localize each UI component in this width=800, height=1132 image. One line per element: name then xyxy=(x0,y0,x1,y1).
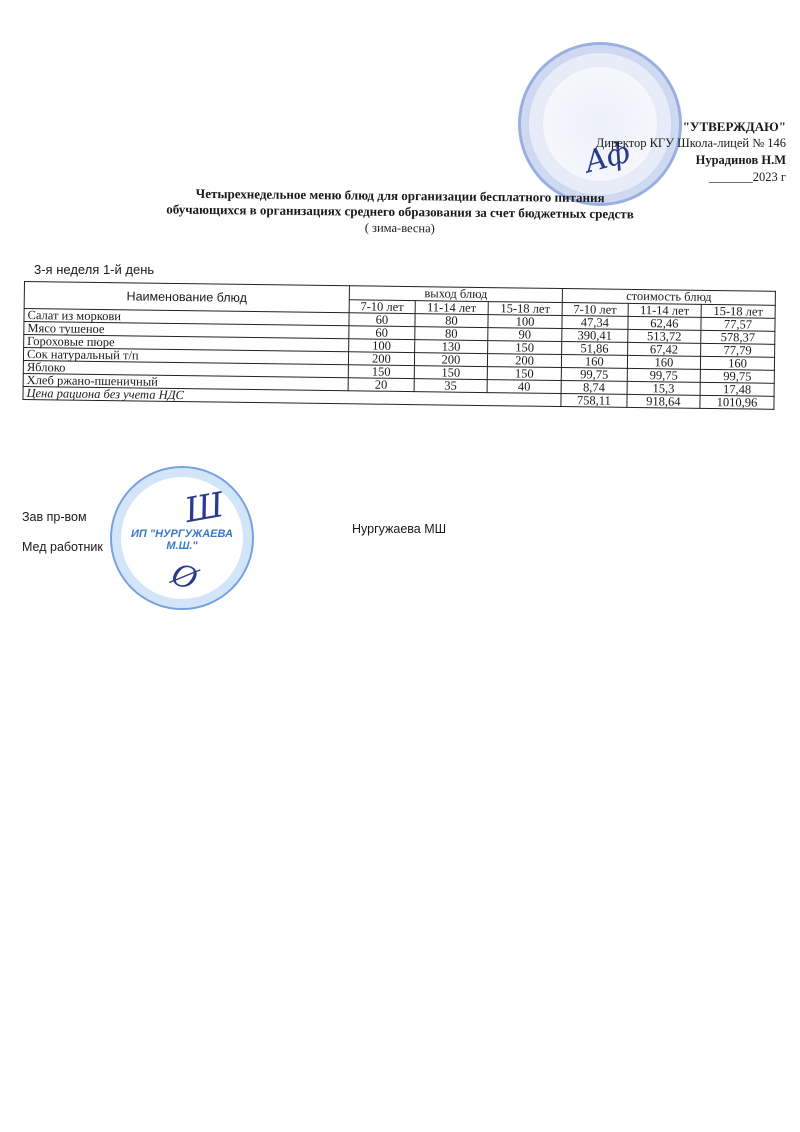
menu-table: Наименование блюд выход блюд стоимость б… xyxy=(22,281,775,410)
cost-cell: 513,72 xyxy=(627,329,700,343)
yield-cell: 100 xyxy=(349,339,415,353)
total-15-18: 1010,96 xyxy=(700,395,774,409)
cost-age-11-14: 11-14 лет xyxy=(628,303,701,317)
yield-cell: 60 xyxy=(349,313,415,327)
cost-cell: 51,86 xyxy=(562,342,628,356)
cost-cell: 17,48 xyxy=(700,382,774,396)
head-name: Нургужаева МШ xyxy=(352,522,446,536)
document-title: Четырехнедельное меню блюд для организац… xyxy=(0,184,800,240)
yield-age-11-14: 11-14 лет xyxy=(415,300,488,314)
yield-cell: 60 xyxy=(349,326,415,340)
cost-cell: 8,74 xyxy=(561,381,627,395)
yield-cell: 20 xyxy=(348,378,414,392)
cost-cell: 67,42 xyxy=(627,342,700,356)
cost-cell: 77,79 xyxy=(701,343,775,357)
yield-cell: 150 xyxy=(414,366,487,380)
yield-cell: 35 xyxy=(414,379,487,393)
yield-cell: 200 xyxy=(348,352,414,366)
yield-cell: 150 xyxy=(348,365,414,379)
yield-cell: 90 xyxy=(488,328,562,342)
yield-cell: 150 xyxy=(487,367,561,381)
cost-age-7-10: 7-10 лет xyxy=(562,302,628,316)
cost-cell: 15,3 xyxy=(627,381,700,395)
week-day-label: 3-я неделя 1-й день xyxy=(34,262,154,277)
approval-director-name: Нурадинов Н.М xyxy=(596,152,786,169)
head-label: Зав пр-вом xyxy=(22,510,87,524)
yield-cell: 130 xyxy=(414,340,487,354)
cost-cell: 99,75 xyxy=(627,368,700,382)
total-7-10: 758,11 xyxy=(561,394,627,408)
cost-cell: 99,75 xyxy=(700,369,774,383)
stamp-text: ИП "НУРГУЖАЕВА М.Ш." xyxy=(118,528,246,552)
cost-age-15-18: 15-18 лет xyxy=(701,304,775,318)
yield-cell: 100 xyxy=(488,315,562,329)
head-signature: Ш xyxy=(182,485,227,531)
total-11-14: 918,64 xyxy=(627,394,700,408)
yield-cell: 200 xyxy=(487,354,561,368)
yield-cell: 80 xyxy=(415,314,488,328)
yield-cell: 200 xyxy=(414,353,487,367)
yield-age-7-10: 7-10 лет xyxy=(349,299,415,313)
yield-cell: 80 xyxy=(415,327,488,341)
cost-cell: 160 xyxy=(561,355,627,369)
cost-cell: 77,57 xyxy=(701,317,775,331)
approval-position: Директор КГУ Школа-лицей № 146 xyxy=(596,135,786,152)
yield-cell: 40 xyxy=(487,380,561,394)
approval-date: _______2023 г xyxy=(596,169,786,186)
cost-cell: 62,46 xyxy=(628,316,701,330)
approval-block: "УТВЕРЖДАЮ" Директор КГУ Школа-лицей № 1… xyxy=(596,118,786,186)
cost-cell: 99,75 xyxy=(561,368,627,382)
approval-heading: "УТВЕРЖДАЮ" xyxy=(596,118,786,135)
cost-cell: 160 xyxy=(700,356,774,370)
yield-cell: 150 xyxy=(488,341,562,355)
yield-age-15-18: 15-18 лет xyxy=(488,301,562,315)
medic-label: Мед работник xyxy=(22,540,103,554)
cost-cell: 160 xyxy=(627,355,700,369)
cost-cell: 390,41 xyxy=(562,329,628,343)
cost-cell: 578,37 xyxy=(701,330,775,344)
cost-cell: 47,34 xyxy=(562,316,628,330)
